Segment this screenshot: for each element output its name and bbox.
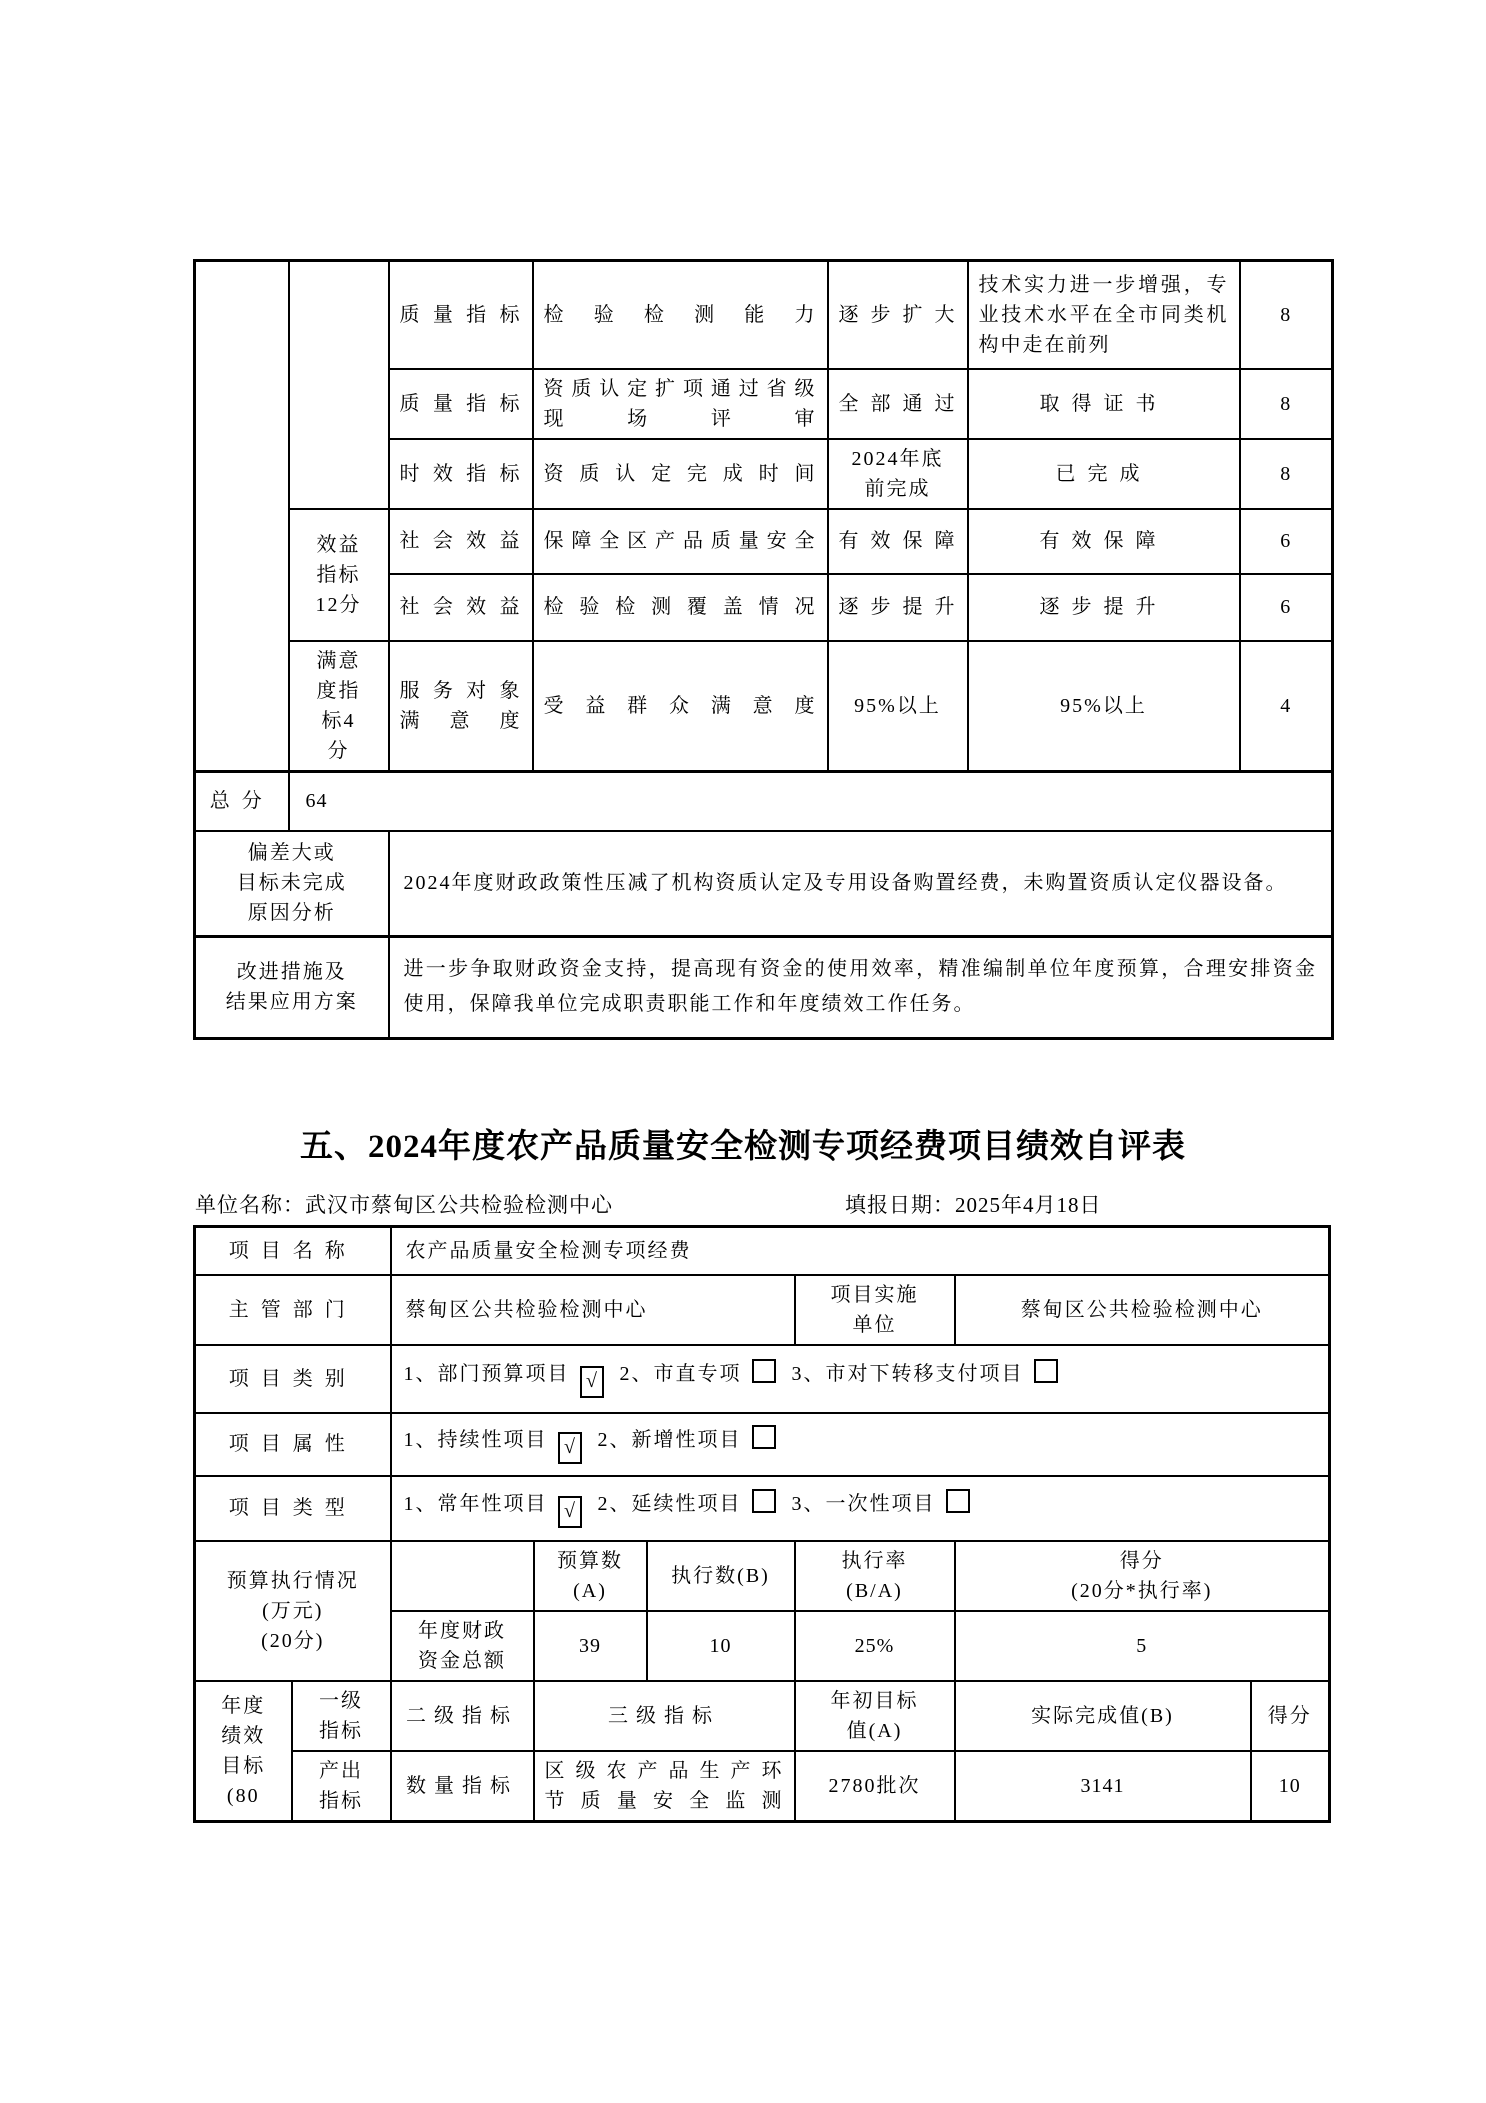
execution-rate-header: 执行率 (B/A) — [795, 1541, 955, 1611]
table-row: 偏差大或 目标未完成 原因分析 2024年度财政政策性压减了机构资质认定及专用设… — [195, 831, 1333, 936]
table-row: 项目类型 1、常年性项目√2、延续性项目3、一次性项目 — [195, 1476, 1330, 1541]
table-row: 项目名称 农产品质量安全检测专项经费 — [195, 1227, 1330, 1275]
actual-completion-header: 实际完成值(B) — [955, 1681, 1251, 1751]
table-row: 主管部门 蔡甸区公共检验检测中心 项目实施 单位 蔡甸区公共检验检测中心 — [195, 1275, 1330, 1345]
table-row: 预算执行情况 (万元) (20分) 预算数 (A) 执行数(B) 执行率 (B/… — [195, 1541, 1330, 1611]
category-option-3: 3、市对下转移支付项目 — [792, 1363, 1024, 1385]
empty-indicator-group-cell — [289, 261, 389, 509]
target-value: 95%以上 — [828, 641, 968, 772]
table-row: 产出 指标 数量指标 区级农产品生产环 节质量安全监测 2780批次 3141 … — [195, 1751, 1330, 1822]
score-cell: 6 — [1240, 509, 1333, 574]
checkbox-empty-icon — [1034, 1359, 1058, 1383]
score-value: 10 — [1251, 1751, 1330, 1822]
deviation-analysis-text: 2024年度财政政策性压减了机构资质认定及专用设备购置经费，未购置资质认定仪器设… — [389, 831, 1333, 936]
score-cell: 4 — [1240, 641, 1333, 772]
score-cell: 8 — [1240, 369, 1333, 439]
tertiary-indicator: 受益群众满意度 — [533, 641, 828, 772]
level2-indicator-header: 二级指标 — [391, 1681, 534, 1751]
level1-indicator-header: 一级 指标 — [292, 1681, 391, 1751]
actual-value: 取得证书 — [968, 369, 1240, 439]
attribute-option-2: 2、新增性项目 — [598, 1429, 742, 1451]
secondary-indicator: 质量指标 — [389, 261, 533, 369]
level3-indicator-header: 三级指标 — [534, 1681, 795, 1751]
secondary-indicator: 社会效益 — [389, 574, 533, 641]
secondary-indicator: 服务对象 满意度 — [389, 641, 533, 772]
page-title: 五、2024年度农产品质量安全检测专项经费项目绩效自评表 — [75, 1120, 1411, 1167]
project-name-value: 农产品质量安全检测专项经费 — [391, 1227, 1330, 1275]
checkbox-empty-icon — [752, 1359, 776, 1383]
execution-rate-value: 25% — [795, 1611, 955, 1681]
quantity-indicator-label: 数量指标 — [391, 1751, 534, 1822]
tertiary-indicator: 资质认定扩项通过省级 现场评审 — [533, 369, 828, 439]
project-category-label: 项目类别 — [195, 1345, 391, 1413]
target-value: 全部通过 — [828, 369, 968, 439]
total-score-label: 总分 — [195, 771, 289, 831]
actual-value: 有效保障 — [968, 509, 1240, 574]
project-category-options: 1、部门预算项目√2、市直专项3、市对下转移支付项目 — [391, 1345, 1330, 1413]
category-option-2: 2、市直专项 — [620, 1363, 742, 1385]
total-score-value: 64 — [289, 771, 1333, 831]
table-row: 项目类别 1、部门预算项目√2、市直专项3、市对下转移支付项目 — [195, 1345, 1330, 1413]
checkbox-empty-icon — [946, 1489, 970, 1513]
score-cell: 8 — [1240, 439, 1333, 509]
unit-name-line: 单位名称：武汉市蔡甸区公共检验检测中心 — [195, 1189, 613, 1219]
table-row: 满意 度指 标4 分 服务对象 满意度 受益群众满意度 95%以上 95%以上 … — [195, 641, 1333, 772]
deviation-analysis-label: 偏差大或 目标未完成 原因分析 — [195, 831, 389, 936]
actual-value: 已完成 — [968, 439, 1240, 509]
project-type-options: 1、常年性项目√2、延续性项目3、一次性项目 — [391, 1476, 1330, 1541]
actual-value: 逐步提升 — [968, 574, 1240, 641]
empty-cell — [391, 1541, 534, 1611]
annual-performance-goal-label: 年度 绩效 目标 (80 — [195, 1681, 292, 1822]
target-value: 逐步提升 — [828, 574, 968, 641]
project-attribute-label: 项目属性 — [195, 1413, 391, 1476]
project-name-label: 项目名称 — [195, 1227, 391, 1275]
budget-amount-value: 39 — [534, 1611, 647, 1681]
initial-target-value: 2780批次 — [795, 1751, 955, 1822]
implementing-unit-value: 蔡甸区公共检验检测中心 — [955, 1275, 1330, 1345]
tertiary-indicator: 检验检测能力 — [533, 261, 828, 369]
checkbox-empty-icon — [752, 1425, 776, 1449]
target-value: 有效保障 — [828, 509, 968, 574]
table-row: 年度 绩效 目标 (80 一级 指标 二级指标 三级指标 年初目标 值(A) 实… — [195, 1681, 1330, 1751]
tertiary-indicator: 区级农产品生产环 节质量安全监测 — [534, 1751, 795, 1822]
actual-value: 95%以上 — [968, 641, 1240, 772]
department-value: 蔡甸区公共检验检测中心 — [391, 1275, 795, 1345]
secondary-indicator: 质量指标 — [389, 369, 533, 439]
target-value: 逐步扩大 — [828, 261, 968, 369]
actual-completion-value: 3141 — [955, 1751, 1251, 1822]
checkbox-checked-icon: √ — [580, 1366, 604, 1398]
department-label: 主管部门 — [195, 1275, 391, 1345]
output-indicator-label: 产出 指标 — [292, 1751, 391, 1822]
performance-table-continued: 质量指标 检验检测能力 逐步扩大 技术实力进一步增强，专业技术水平在全市同类机构… — [193, 259, 1334, 1040]
annual-fiscal-total-label: 年度财政 资金总额 — [391, 1611, 534, 1681]
executed-amount-header: 执行数(B) — [647, 1541, 795, 1611]
target-value: 2024年底 前完成 — [828, 439, 968, 509]
checkbox-empty-icon — [752, 1489, 776, 1513]
executed-amount-value: 10 — [647, 1611, 795, 1681]
checkbox-checked-icon: √ — [558, 1432, 582, 1464]
implementing-unit-label: 项目实施 单位 — [795, 1275, 955, 1345]
improvement-measures-text: 进一步争取财政资金支持，提高现有资金的使用效率，精准编制单位年度预算，合理安排资… — [389, 936, 1333, 1038]
checkbox-checked-icon: √ — [558, 1496, 582, 1528]
budget-amount-header: 预算数 (A) — [534, 1541, 647, 1611]
score-header: 得分 — [1251, 1681, 1330, 1751]
tertiary-indicator: 保障全区产品质量安全 — [533, 509, 828, 574]
self-evaluation-table: 项目名称 农产品质量安全检测专项经费 主管部门 蔡甸区公共检验检测中心 项目实施… — [193, 1225, 1331, 1823]
table-row: 效益 指标 12分 社会效益 保障全区产品质量安全 有效保障 有效保障 6 — [195, 509, 1333, 574]
satisfaction-indicator-group-label: 满意 度指 标4 分 — [289, 641, 389, 772]
score-cell: 6 — [1240, 574, 1333, 641]
secondary-indicator: 社会效益 — [389, 509, 533, 574]
table-row: 总分 64 — [195, 771, 1333, 831]
table-row: 改进措施及 结果应用方案 进一步争取财政资金支持，提高现有资金的使用效率，精准编… — [195, 936, 1333, 1038]
budget-score-value: 5 — [955, 1611, 1330, 1681]
improvement-measures-label: 改进措施及 结果应用方案 — [195, 936, 389, 1038]
table-row: 质量指标 检验检测能力 逐步扩大 技术实力进一步增强，专业技术水平在全市同类机构… — [195, 261, 1333, 369]
tertiary-indicator: 资质认定完成时间 — [533, 439, 828, 509]
table-row: 项目属性 1、持续性项目√2、新增性项目 — [195, 1413, 1330, 1476]
benefit-indicator-group-label: 效益 指标 12分 — [289, 509, 389, 641]
type-option-3: 3、一次性项目 — [792, 1493, 936, 1515]
project-attribute-options: 1、持续性项目√2、新增性项目 — [391, 1413, 1330, 1476]
initial-target-header: 年初目标 值(A) — [795, 1681, 955, 1751]
tertiary-indicator: 检验检测覆盖情况 — [533, 574, 828, 641]
score-cell: 8 — [1240, 261, 1333, 369]
type-option-2: 2、延续性项目 — [598, 1493, 742, 1515]
type-option-1: 1、常年性项目 — [404, 1493, 548, 1515]
attribute-option-1: 1、持续性项目 — [404, 1429, 548, 1451]
project-type-label: 项目类型 — [195, 1476, 391, 1541]
budget-score-header: 得分 (20分*执行率) — [955, 1541, 1330, 1611]
report-date-line: 填报日期：2025年4月18日 — [845, 1189, 1102, 1219]
empty-continuation-cell — [195, 261, 289, 772]
document-page: 质量指标 检验检测能力 逐步扩大 技术实力进一步增强，专业技术水平在全市同类机构… — [0, 0, 1486, 2103]
actual-value: 技术实力进一步增强，专业技术水平在全市同类机构中走在前列 — [968, 261, 1240, 369]
secondary-indicator: 时效指标 — [389, 439, 533, 509]
category-option-1: 1、部门预算项目 — [404, 1363, 570, 1385]
budget-execution-label: 预算执行情况 (万元) (20分) — [195, 1541, 391, 1681]
